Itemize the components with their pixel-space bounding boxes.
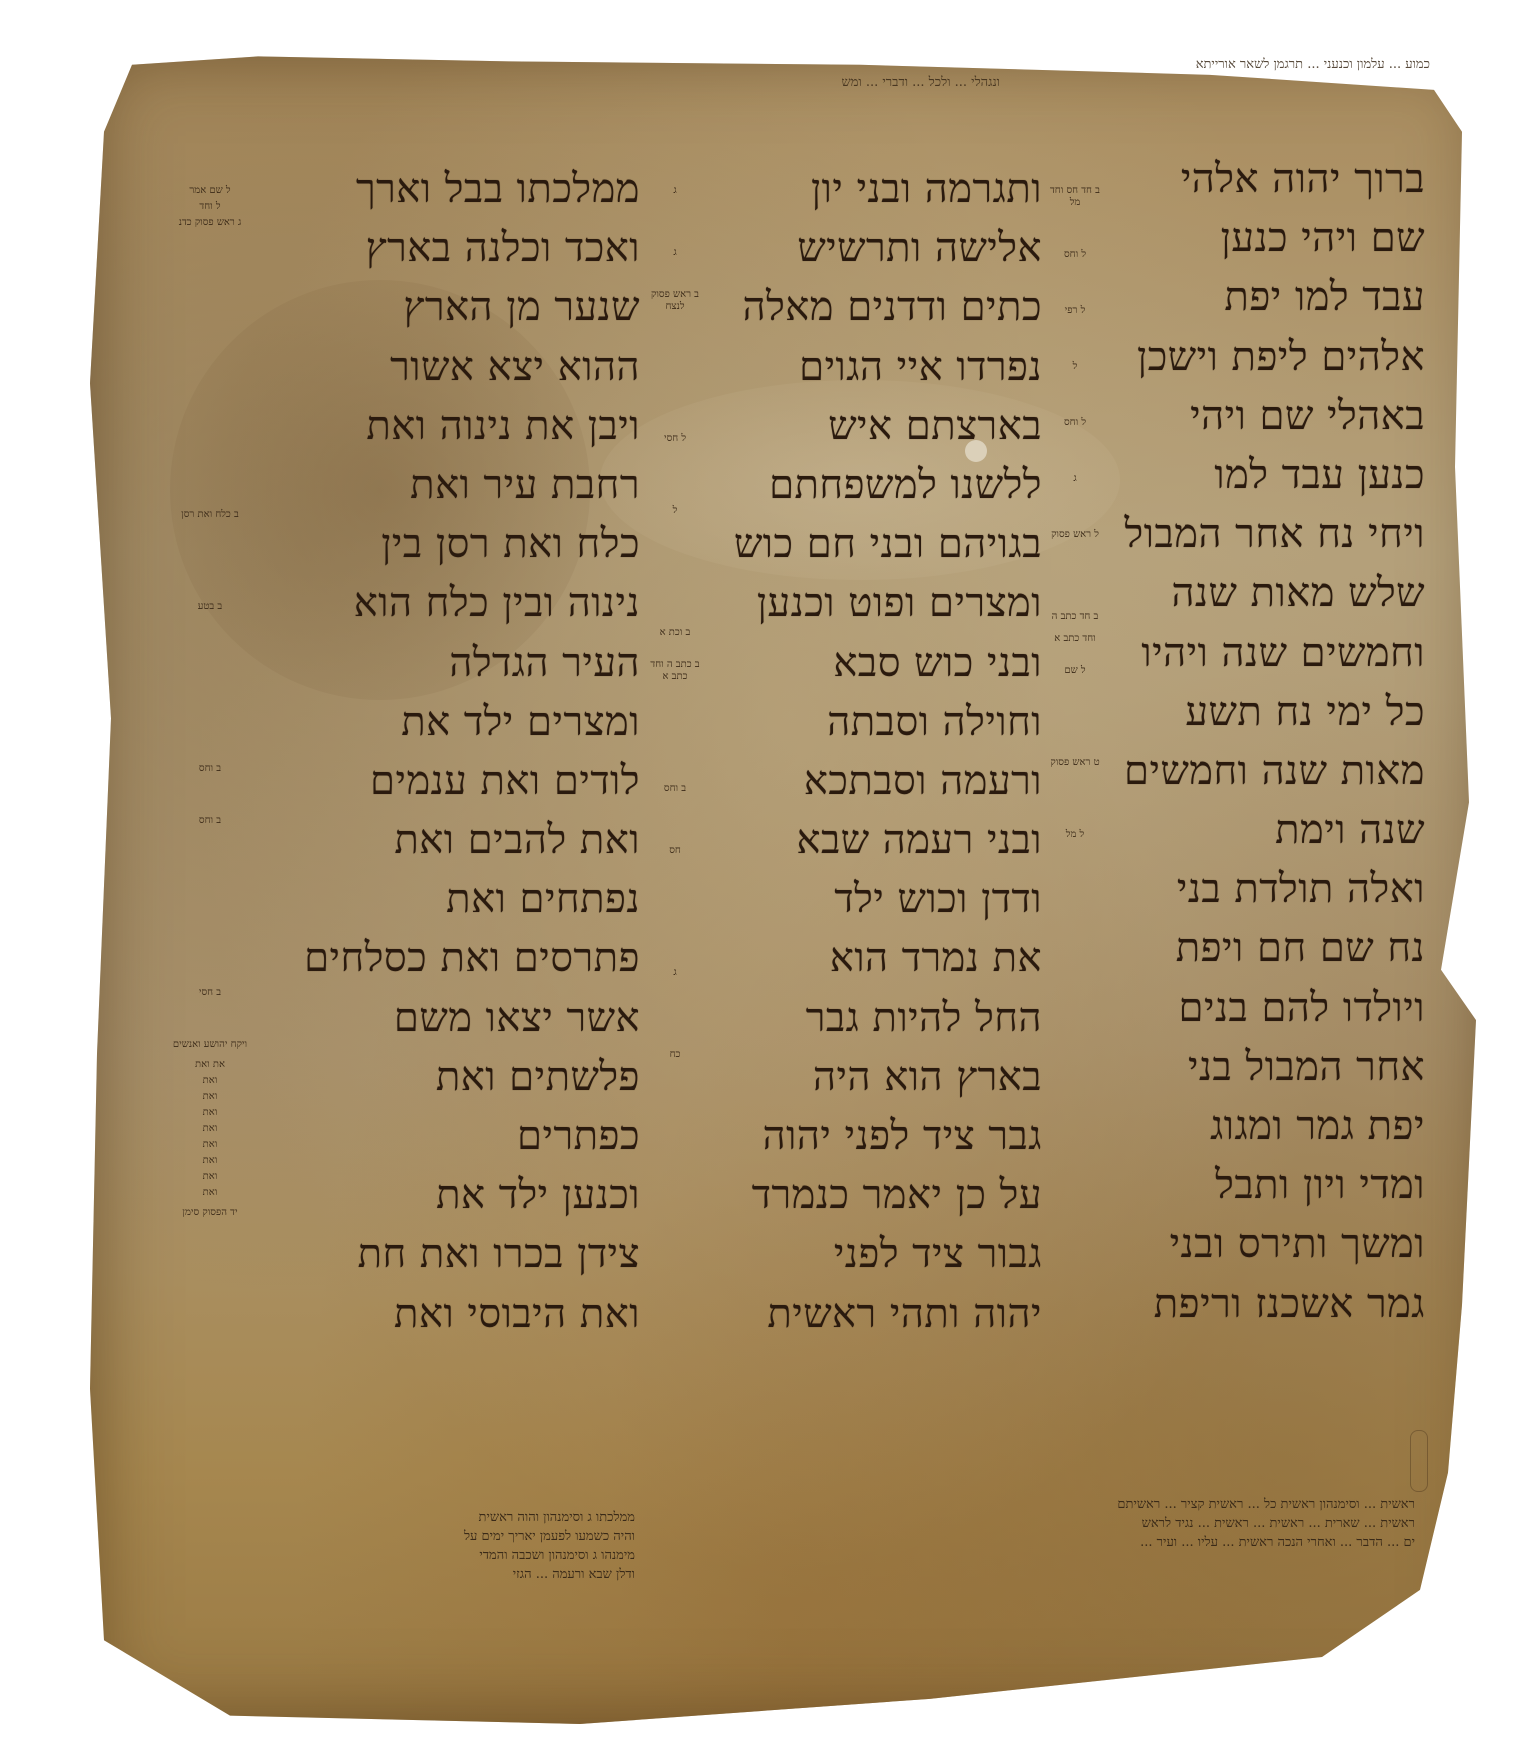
text-line: לודים ואת ענמים (302, 752, 640, 811)
masorah-note: כח (650, 1049, 700, 1061)
catchword-mark (1410, 1430, 1428, 1492)
text-line: ורעמה וסבתכא (712, 752, 1042, 811)
text-line: פלשתים ואת (302, 1048, 640, 1107)
text-line: ובני כוש סבא (712, 634, 1042, 693)
masorah-note: ל (1050, 361, 1100, 373)
masorah-note: ל ראש פסוק (1050, 529, 1100, 541)
text-line: עבד למו יפת (1105, 268, 1425, 327)
text-line: אשר יצאו משם (302, 989, 640, 1048)
top-masorah: כמוע ... עלמון וכנעני ... תרגמן לשאר אור… (350, 56, 1430, 96)
text-line: ההוא יצא אשור (302, 338, 640, 397)
masorah-note: ג (650, 967, 700, 979)
top-masorah-line: ונגהלי ... ולכל ... ודברי ... ומש (350, 74, 1430, 92)
top-masorah-line: כמוע ... עלמון וכנעני ... תרגמן לשאר אור… (350, 56, 1430, 74)
text-line: החל להיות גבר (712, 989, 1042, 1048)
text-line: גבר ציד לפני יהוה (712, 1107, 1042, 1166)
masorah-note: ל וחס (1050, 249, 1100, 261)
masorah-note: ויקח יהושע ואנשים (170, 1039, 250, 1051)
text-line: בארצתם איש (712, 397, 1042, 456)
masorah-note: ל מל (1050, 829, 1100, 841)
text-line: על כן יאמר כנמרד (712, 1166, 1042, 1225)
masorah-note: ל שם אמר (170, 185, 250, 197)
text-line: גמר אשכנז וריפת (1105, 1275, 1425, 1334)
masorah-parva-right-gutter: ב חד חס וחד מל ל וחס ל רפי ל ל וחס ג ל ר… (1050, 185, 1100, 847)
text-line: ממלכתו בבל וארך (302, 160, 640, 219)
masorah-note: ל רפי (1050, 305, 1100, 317)
masorah-note: ט ראש פסוק (1050, 757, 1100, 769)
text-line: פתרסים ואת כסלחים (302, 929, 640, 988)
text-line: אלהים ליפת וישכן (1105, 328, 1425, 387)
text-line: צידן בכרו ואת חת (302, 1225, 640, 1284)
masorah-note: חס (650, 845, 700, 857)
text-line: כלח ואת רסן בין (302, 515, 640, 574)
masorah-note: ב ראש פסוק לנצח (650, 289, 700, 313)
masorah-parva-outer-margin: ל שם אמר ל וחד ג ראש פסוק כדנ ב כלח ואת … (170, 185, 250, 1225)
masorah-line: ודלן שבא ורעמה ... הגזי (335, 1565, 635, 1584)
text-line: אלישה ותרשיש (712, 219, 1042, 278)
text-line: ודדן וכוש ילד (712, 870, 1042, 929)
text-line: ברוך יהוה אלהי (1105, 150, 1425, 209)
masorah-note: ג (650, 185, 700, 197)
text-line: ויחי נח אחר המבול (1105, 505, 1425, 564)
text-line: שלש מאות שנה (1105, 564, 1425, 623)
text-line: וחוילה וסבתה (712, 693, 1042, 752)
text-line: יהוה ותהי ראשית (712, 1285, 1042, 1344)
text-column-left: ממלכתו בבל וארך ואכד וכלנה בארץ שנער מן … (302, 160, 640, 1344)
text-line: ואת היבוסי ואת (302, 1285, 640, 1344)
text-line: כפתרים (302, 1107, 640, 1166)
masorah-note: ל חסי (650, 433, 700, 445)
masorah-note: ל וחד (170, 201, 250, 213)
text-line: כתים ודדנים מאלה (712, 278, 1042, 337)
text-line: באהלי שם ויהי (1105, 387, 1425, 446)
masorah-line: ממלכתו ג וסימנהון והוה ראשית (335, 1508, 635, 1527)
text-line: שנה וימת (1105, 801, 1425, 860)
text-line: שנער מן הארץ (302, 278, 640, 337)
masorah-note: ב בטע (170, 601, 250, 613)
masorah-note: ב חסי (170, 987, 250, 999)
text-line: ללשנו למשפחתם (712, 456, 1042, 515)
masorah-line: ראשית ... שארית ... ראשית ... ראשית ... … (715, 1514, 1415, 1533)
text-line: גבור ציד לפני (712, 1225, 1042, 1284)
masorah-note: ב וחס (650, 783, 700, 795)
text-line: בגויהם ובני חם כוש (712, 515, 1042, 574)
masorah-note: יד הפסוק סימן (170, 1207, 250, 1219)
text-line: ואלה תולדת בני (1105, 860, 1425, 919)
bottom-masorah-left: ממלכתו ג וסימנהון והוה ראשית והיה כשמעו … (335, 1508, 635, 1584)
text-line: ומשך ותירס ובני (1105, 1215, 1425, 1274)
masorah-note: את ואת ואת ואת ואת ואת ואת ואת ואת ואת (195, 1057, 225, 1201)
text-line: בארץ הוא היה (712, 1048, 1042, 1107)
masorah-line: והיה כשמעו לפעמן יאריך ימים על (335, 1527, 635, 1546)
masorah-note: וחד כתב א (1050, 633, 1100, 645)
text-line: העיר הגדלה (302, 634, 640, 693)
masorah-note: ג ראש פסוק כדנ (170, 217, 250, 229)
masorah-line: מימנהו ג וסימנהון ושכבה והמדי (335, 1546, 635, 1565)
text-line: כל ימי נח תשע (1105, 683, 1425, 742)
text-line: ויבן את נינוה ואת (302, 397, 640, 456)
masorah-note: ב וחס (170, 763, 250, 775)
masorah-note: ב כלח ואת רסן (170, 509, 250, 521)
text-line: ואת להבים ואת (302, 811, 640, 870)
masorah-note: ג (650, 247, 700, 259)
text-line: ומצרים ופוט וכנען (712, 574, 1042, 633)
masorah-note: ב כתב ה וחד כתב א (650, 659, 700, 683)
masorah-note: ג (1050, 473, 1100, 485)
text-line: ואכד וכלנה בארץ (302, 219, 640, 278)
text-line: רחבת עיר ואת (302, 456, 640, 515)
text-column-right: ברוך יהוה אלהי שם ויהי כנען עבד למו יפת … (1105, 150, 1425, 1334)
text-line: וחמשים שנה ויהיו (1105, 624, 1425, 683)
text-line: ותגרמה ובני יון (712, 160, 1042, 219)
text-line: ומצרים ילד את (302, 693, 640, 752)
text-line: אחר המבול בני (1105, 1038, 1425, 1097)
masorah-line: ראשית ... וסימנהון ראשית כל ... ראשית קצ… (715, 1495, 1415, 1514)
masorah-line: ים ... הדבר ... ואחרי הנכה ראשית ... עלי… (715, 1533, 1415, 1552)
masorah-note: ב וחס (170, 815, 250, 827)
masorah-note: ל וחס (1050, 417, 1100, 429)
text-line: נפרדו איי הגוים (712, 338, 1042, 397)
text-line: נח שם חם ויפת (1105, 919, 1425, 978)
text-line: יפת גמר ומגוג (1105, 1097, 1425, 1156)
text-line: נפתחים ואת (302, 870, 640, 929)
text-line: וכנען ילד את (302, 1166, 640, 1225)
masorah-parva-left-gutter: ג ג ב ראש פסוק לנצח ל חסי ל ב וכת א ב כת… (650, 185, 700, 1067)
text-column-middle: ותגרמה ובני יון אלישה ותרשיש כתים ודדנים… (712, 160, 1042, 1344)
bottom-masorah-right: ראשית ... וסימנהון ראשית כל ... ראשית קצ… (715, 1495, 1415, 1552)
text-line: כנען עבד למו (1105, 446, 1425, 505)
text-line: נינוה ובין כלח הוא (302, 574, 640, 633)
masorah-note: ב חד כתב ה (1050, 611, 1100, 623)
text-line: את נמרד הוא (712, 929, 1042, 988)
text-line: ויולדו להם בנים (1105, 979, 1425, 1038)
masorah-note: ב וכת א (650, 627, 700, 639)
masorah-note: ל (650, 505, 700, 517)
text-line: ומדי ויון ותבל (1105, 1156, 1425, 1215)
text-line: שם ויהי כנען (1105, 209, 1425, 268)
masorah-note: ל שם (1050, 665, 1100, 677)
text-line: מאות שנה וחמשים (1105, 742, 1425, 801)
text-line: ובני רעמה שבא (712, 811, 1042, 870)
masorah-note: ב חד חס וחד מל (1050, 185, 1100, 209)
